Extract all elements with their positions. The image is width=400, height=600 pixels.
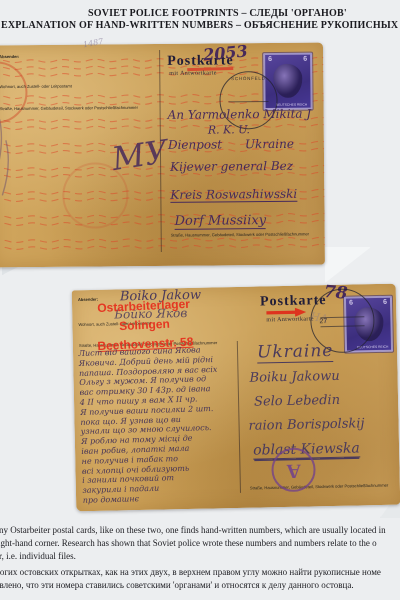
address-line: An Yarmolenko Mikita J	[168, 107, 312, 122]
exhibit-caption: any Ostarbeiter postal cards, like on th…	[0, 524, 400, 592]
postmark-bar	[321, 317, 364, 319]
postmark-day: 27	[319, 318, 327, 325]
postmark-bar	[229, 101, 268, 102]
margin-scribble	[0, 119, 9, 195]
mit-antwortkarte-label: mit Antwortkarte	[266, 316, 314, 323]
stamp-value-right: 6	[303, 56, 307, 63]
caption-russian: ногих остовских открытках, как на этих д…	[0, 566, 400, 592]
address-line: raion Borispolskij	[248, 416, 364, 433]
page-title-line2: EXPLANATION OF HAND-WRITTEN NUMBERS – ОБ…	[1, 20, 400, 31]
caption-line: er, i.e. individual files.	[0, 550, 400, 563]
page-title-line1: SOVIET POLICE FOOTPRINTS – СЛЕДЫ 'ОРГАНО…	[88, 8, 347, 19]
stamp-value-left: 6	[268, 56, 272, 63]
address-line: Selo Lebedin	[254, 393, 340, 410]
caption-line: ногих остовских открытках, как на этих д…	[0, 566, 400, 579]
address-line: Dienpost Ukraine	[168, 137, 294, 152]
wohnort-label: Wohnort, auch Zustell- oder Leitpostamt	[0, 85, 72, 90]
pencil-note: 1487	[82, 37, 104, 50]
caption-english: any Ostarbeiter postal cards, like on th…	[0, 524, 400, 563]
stamp-value-right: 6	[383, 299, 387, 306]
caption-line: any Ostarbeiter postal cards, like on th…	[0, 524, 400, 537]
address-line: Boiku Jakowu	[249, 369, 339, 386]
censor-letter: A	[286, 458, 301, 481]
mount-corner	[325, 247, 371, 283]
address-line: Kijewer general Bez	[170, 159, 293, 174]
strasse-label: Straße, Hausnummer, Gebäudeteil, Stockwe…	[0, 106, 138, 111]
strasse-label-small: Straße, Hausnummer, Gebäudeteil, Stockwe…	[250, 484, 388, 491]
mit-antwortkarte-label: mit Antwortkarte	[169, 70, 217, 76]
address-line: Ukraine	[257, 341, 334, 364]
postcard-2: Absender: Wohnort, auch Zustell- oder Le…	[72, 284, 400, 512]
caption-line: right-hand corner. Research has shown th…	[0, 537, 400, 550]
caption-line: овлено, что эти номера ставились советск…	[0, 579, 400, 592]
red-cachet-circle	[0, 61, 28, 124]
address-line: R. K. U.	[208, 123, 250, 136]
postmark-town: SCHÖNFELD	[227, 77, 269, 82]
signature-scribble: МУ	[109, 132, 170, 178]
police-number: 2053	[202, 41, 248, 64]
stamp-portrait	[273, 64, 302, 98]
postmark-bar	[321, 325, 364, 327]
absender-label: Absender:	[0, 55, 19, 59]
postcard-1: Absender: Wohnort, auch Zustell- oder Le…	[0, 43, 325, 268]
message-text: Лист від вашого сина ЯковаЯковича. Добри…	[78, 344, 243, 505]
address-line: Dorf Mussiixy	[175, 213, 267, 230]
address-line: Kreis Roswashiwsski	[170, 187, 297, 203]
strasse-label-small: Straße, Hausnummer, Gebäudeteil, Stockwe…	[171, 233, 309, 238]
